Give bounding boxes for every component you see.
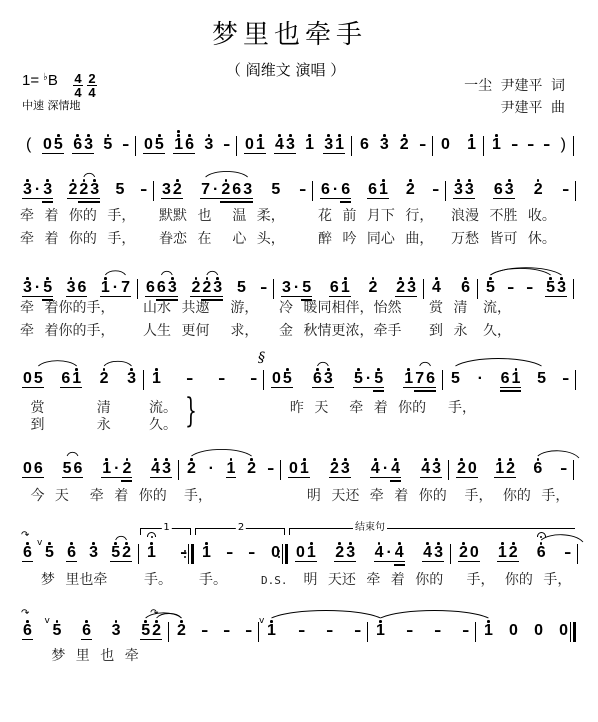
note-value: 5 — [141, 622, 150, 639]
measure: 1v--- — [258, 622, 367, 642]
note-value: 0 — [534, 622, 543, 639]
note-value: 6 — [82, 622, 91, 639]
note-value: 6 — [23, 622, 32, 639]
octave-dot-icon — [26, 620, 29, 623]
note-value: 0 — [559, 622, 568, 639]
thin-line — [570, 622, 571, 642]
dash-extension: - — [326, 622, 333, 639]
octave-dot-icon — [56, 620, 59, 623]
rest: 0 — [533, 622, 544, 639]
note-value: - — [298, 622, 305, 639]
measure: 6↷5v6352↷ — [14, 622, 168, 642]
note-value: - — [462, 622, 469, 639]
octave-dot-icon — [270, 620, 273, 623]
note-value: - — [245, 622, 252, 639]
note: 1 — [483, 622, 494, 639]
staff-line-7: 6↷5v6352↷ 梦 里 也 牵2---1v---1---1000 — [0, 0, 598, 722]
rest: 0 — [508, 622, 519, 639]
note: 6↷ — [22, 622, 33, 639]
breath-mark-icon: v — [259, 617, 264, 626]
note-value: 5 — [53, 622, 62, 639]
note-value: - — [223, 622, 230, 639]
note: 2 — [176, 622, 187, 639]
beamed-group: 52↷ — [140, 622, 162, 640]
note-value: 0 — [509, 622, 518, 639]
beamed-group: 6 — [81, 622, 92, 640]
measure: 1000 — [475, 622, 575, 642]
beamed-group: 6↷ — [22, 622, 33, 640]
dash-extension: - — [434, 622, 441, 639]
dash-extension: - — [298, 622, 305, 639]
note-value: - — [201, 622, 208, 639]
sheet-music-page: 梦里也牵手 （ 阎维文 演唱 ） 1=♭B 4 4 2 4 中速 深情地 一尘 … — [0, 0, 598, 722]
dash-extension: - — [223, 622, 230, 639]
dash-extension: - — [354, 622, 361, 639]
octave-dot-icon — [155, 620, 158, 623]
note: 3 — [111, 622, 122, 639]
dash-extension: - — [462, 622, 469, 639]
measure: 1--- — [367, 622, 475, 642]
note: 1 — [375, 622, 386, 639]
note-value: 1 — [484, 622, 493, 639]
rest: 0 — [558, 622, 569, 639]
dash-extension: - — [201, 622, 208, 639]
note-value: 1 — [267, 622, 276, 639]
dash-extension: - — [406, 622, 413, 639]
note: 1v — [266, 622, 277, 639]
turn-icon: ↷ — [150, 609, 158, 619]
final-barline — [570, 622, 582, 642]
octave-dot-icon — [379, 620, 382, 623]
note: 5v — [52, 622, 63, 639]
note-value: - — [406, 622, 413, 639]
octave-dot-icon — [144, 620, 147, 623]
note-value: - — [354, 622, 361, 639]
note-value: 2 — [152, 622, 161, 639]
note-value: 3 — [112, 622, 121, 639]
note: 5 — [140, 622, 151, 639]
turn-icon: ↷ — [21, 609, 29, 619]
dash-extension: - — [245, 622, 252, 639]
octave-dot-icon — [180, 620, 183, 623]
note-value: - — [326, 622, 333, 639]
note: 6 — [81, 622, 92, 639]
thick-line — [573, 622, 576, 642]
lyric-verse-1: 梦 里 也 牵 — [20, 647, 139, 665]
octave-dot-icon — [487, 620, 490, 623]
measure: 2--- — [168, 622, 258, 642]
note-value: 1 — [376, 622, 385, 639]
note-value: 2 — [177, 622, 186, 639]
note-value: - — [434, 622, 441, 639]
note: 2↷ — [151, 622, 162, 639]
breath-mark-icon: v — [45, 617, 50, 626]
octave-dot-icon — [85, 620, 88, 623]
